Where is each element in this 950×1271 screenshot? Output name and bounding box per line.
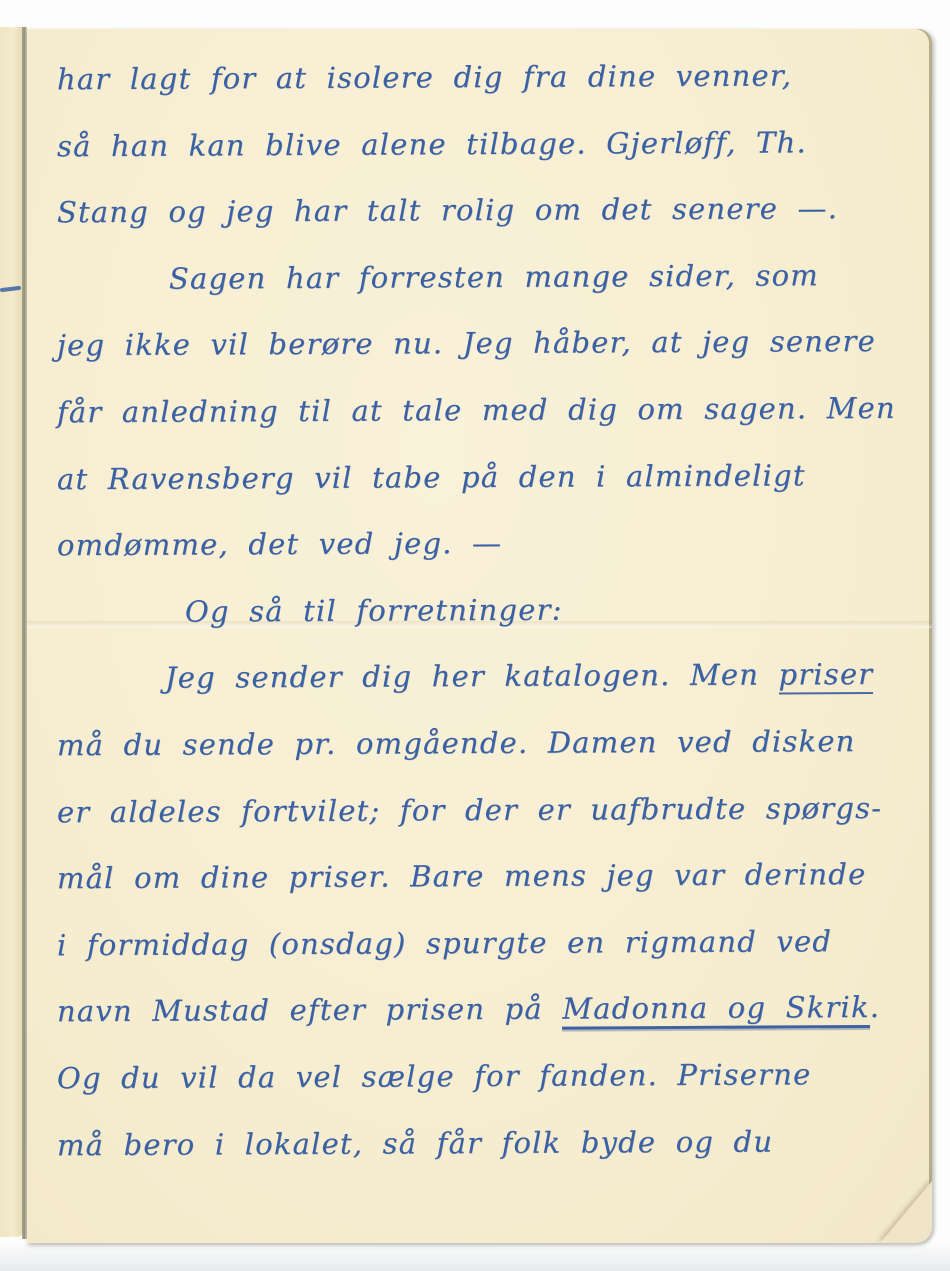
letter-line: navn Mustad efter prisen på Madonna og S… (57, 987, 917, 1058)
dog-ear-fold (880, 1181, 932, 1243)
letter-line: at Ravensberg vil tabe på den i almindel… (57, 454, 917, 525)
line-text: så han kan blive alene tilbage. Gjerløff… (57, 125, 807, 163)
letter-text: har lagt for at isolere dig fra dine ven… (57, 57, 917, 1189)
letter-line: Og så til forretninger: (57, 587, 917, 658)
line-text: i formiddag (onsdag) spurgte en rigmand … (57, 924, 832, 962)
line-text: Stang og jeg har talt rolig om det sener… (57, 191, 838, 229)
line-text: jeg ikke vil berøre nu. Jeg håber, at je… (57, 324, 876, 362)
underlined-text: priser (778, 657, 873, 694)
line-text: har lagt for at isolere dig fra dine ven… (57, 58, 792, 96)
letter-line: Stang og jeg har talt rolig om det sener… (57, 188, 917, 259)
letter-line: Jeg sender dig her katalogen. Men priser (57, 654, 917, 725)
line-text: . (870, 990, 881, 1024)
line-text: får anledning til at tale med dig om sag… (57, 391, 896, 429)
line-text: Sagen har forresten mange sider, som (169, 258, 819, 295)
line-text: er aldeles fortvilet; for der er uafbrud… (57, 790, 882, 828)
line-text: omdømme, det ved jeg. — (57, 526, 502, 562)
letter-line: i formiddag (onsdag) spurgte en rigmand … (57, 920, 917, 991)
letter-page: har lagt for at isolere dig fra dine ven… (27, 29, 932, 1243)
letter-line: så han kan blive alene tilbage. Gjerløff… (57, 121, 917, 192)
letter-line: får anledning til at tale med dig om sag… (57, 388, 917, 459)
line-text: Og du vil da vel sælge for fanden. Prise… (57, 1057, 812, 1095)
underlined-text: Madonna og Skrik (562, 990, 870, 1030)
scan-bed-shadow (0, 1241, 950, 1271)
line-text: Og så til forretninger: (185, 592, 563, 628)
letter-line: må bero i lokalet, så får folk byde og d… (57, 1120, 917, 1191)
adjacent-page-edge (0, 27, 23, 1237)
line-text: må bero i lokalet, så får folk byde og d… (57, 1124, 773, 1162)
letter-line: Sagen har forresten mange sider, som (57, 255, 917, 326)
scanned-letter-scene: har lagt for at isolere dig fra dine ven… (0, 0, 950, 1271)
line-text: mål om dine priser. Bare mens jeg var de… (57, 857, 867, 895)
line-text: navn Mustad efter prisen på (57, 992, 563, 1029)
line-text: Jeg sender dig her katalogen. Men (165, 658, 779, 695)
letter-line: omdømme, det ved jeg. — (57, 521, 917, 592)
letter-line: er aldeles fortvilet; for der er uafbrud… (57, 787, 917, 858)
letter-line: må du sende pr. omgående. Damen ved disk… (57, 721, 917, 792)
letter-line: jeg ikke vil berøre nu. Jeg håber, at je… (57, 321, 917, 392)
letter-line: Og du vil da vel sælge for fanden. Prise… (57, 1054, 917, 1125)
letter-line: har lagt for at isolere dig fra dine ven… (57, 55, 917, 126)
line-text: at Ravensberg vil tabe på den i almindel… (57, 458, 806, 496)
line-text: må du sende pr. omgående. Damen ved disk… (57, 724, 856, 762)
letter-line: mål om dine priser. Bare mens jeg var de… (57, 854, 917, 925)
